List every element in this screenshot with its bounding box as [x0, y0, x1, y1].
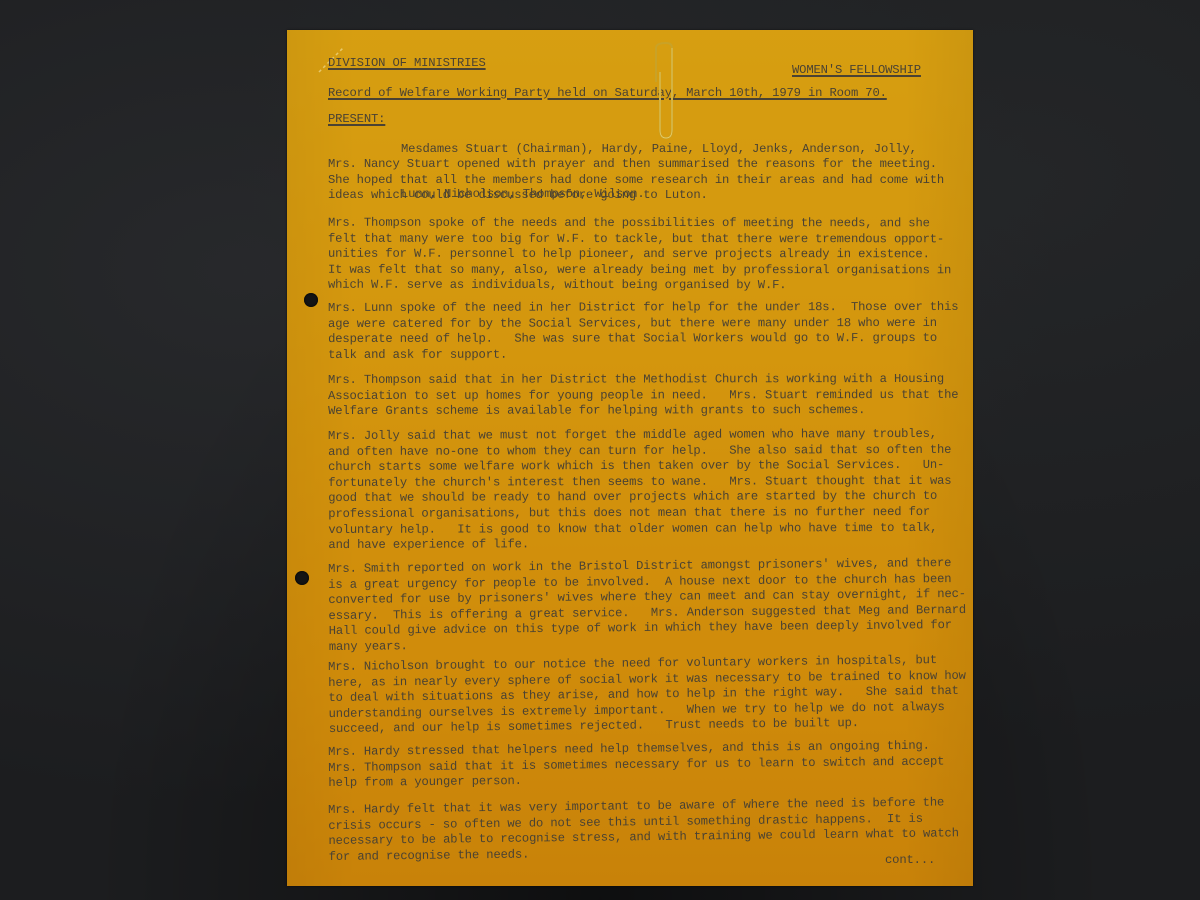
- continued-marker: cont...: [885, 853, 935, 868]
- present-label: PRESENT:: [328, 112, 385, 127]
- paragraph-line: unities for W.F. personnel to help pione…: [328, 247, 978, 263]
- paragraph-line: Welfare Grants scheme is available for h…: [328, 403, 978, 420]
- paragraph-line: Association to set up homes for young pe…: [328, 387, 978, 404]
- paragraph-line: desperate need of help. She was sure tha…: [328, 331, 978, 348]
- paragraph-hardy-helpers: Mrs. Hardy stressed that helpers need he…: [328, 738, 978, 792]
- paragraph-opening: Mrs. Nancy Stuart opened with prayer and…: [328, 157, 978, 204]
- paragraph-line: It was felt that so many, also, were alr…: [328, 262, 978, 278]
- paragraph-line: felt that many were too big for W.F. to …: [328, 231, 978, 247]
- paragraph-line: age were catered for by the Social Servi…: [328, 315, 978, 332]
- paragraph-jolly: Mrs. Jolly said that we must not forget …: [328, 427, 978, 554]
- paragraph-line: Mrs. Lunn spoke of the need in her Distr…: [328, 300, 978, 317]
- paragraph-line: voluntary help. It is good to know that …: [328, 520, 978, 538]
- paragraph-lunn: Mrs. Lunn spoke of the need in her Distr…: [328, 300, 978, 364]
- paragraph-line: Mrs. Nancy Stuart opened with prayer and…: [328, 157, 978, 173]
- fellowship-heading: WOMEN'S FELLOWSHIP: [792, 63, 921, 78]
- paragraph-line: and have experience of life.: [328, 536, 978, 554]
- yellow-paper-sheet: DIVISION OF MINISTRIES WOMEN'S FELLOWSHI…: [287, 30, 973, 886]
- paragraph-nicholson: Mrs. Nicholson brought to our notice the…: [328, 653, 979, 738]
- paragraph-line: Mrs. Jolly said that we must not forget …: [328, 427, 978, 445]
- paragraph-line: talk and ask for support.: [328, 347, 978, 364]
- paragraph-line: professional organisations, but this doe…: [328, 505, 978, 523]
- paragraph-line: She hoped that all the members had done …: [328, 173, 978, 189]
- paragraph-line: ideas which could be discussed before go…: [328, 188, 978, 204]
- present-line: Mesdames Stuart (Chairman), Hardy, Paine…: [401, 142, 917, 157]
- paragraph-line: Mrs. Thompson spoke of the needs and the…: [328, 216, 978, 232]
- paragraph-line: Mrs. Thompson said that in her District …: [328, 372, 978, 389]
- paragraph-line: which W.F. serve as individuals, without…: [328, 278, 978, 294]
- paragraph-thompson-housing: Mrs. Thompson said that in her District …: [328, 372, 978, 420]
- paragraph-smith: Mrs. Smith reported on work in the Brist…: [328, 556, 979, 656]
- record-title: Record of Welfare Working Party held on …: [328, 86, 887, 101]
- paragraph-thompson-needs: Mrs. Thompson spoke of the needs and the…: [328, 216, 978, 295]
- division-heading: DIVISION OF MINISTRIES: [328, 56, 486, 71]
- paragraph-hardy-crisis: Mrs. Hardy felt that it was very importa…: [328, 795, 979, 865]
- typed-document: DIVISION OF MINISTRIES WOMEN'S FELLOWSHI…: [287, 30, 973, 886]
- paperclip-icon: [652, 42, 674, 142]
